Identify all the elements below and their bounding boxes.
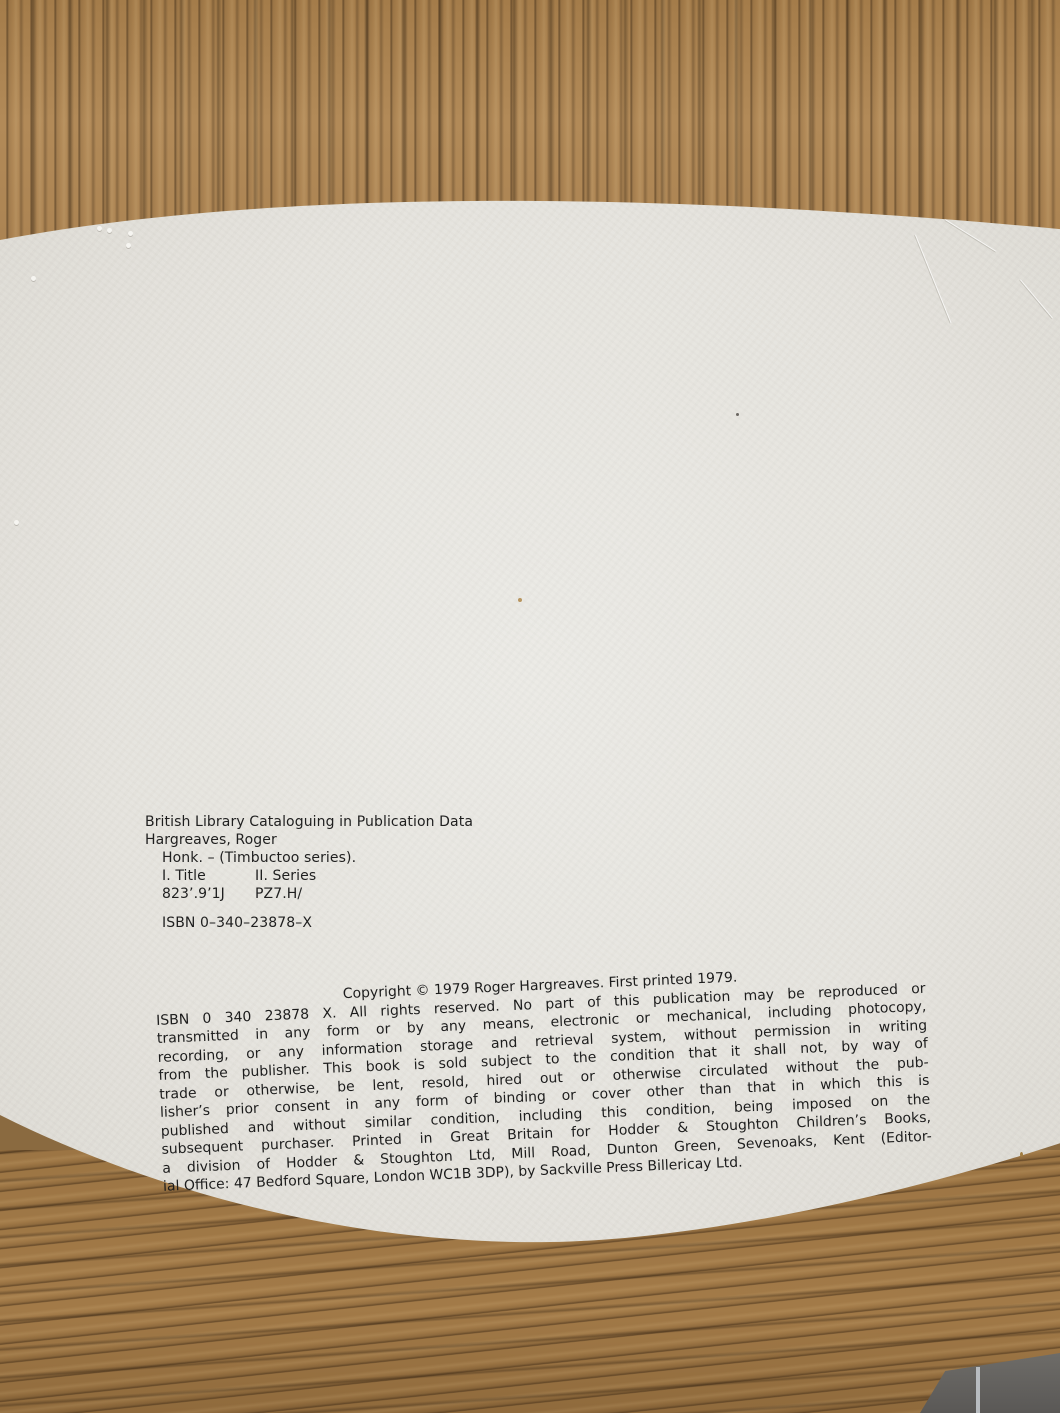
- paper-bump: [14, 520, 19, 525]
- paper-bump: [107, 228, 112, 233]
- cip-author: Hargreaves, Roger: [145, 831, 473, 849]
- paper-speck: [736, 413, 739, 416]
- cip-title-entry: Honk. – (Timbuctoo series).: [145, 849, 473, 867]
- copyright-block: Copyright © 1979 Roger Hargreaves. First…: [155, 961, 933, 1197]
- cip-isbn: ISBN 0–340–23878–X: [145, 914, 473, 932]
- cip-tracings: I. Title II. Series: [145, 867, 473, 885]
- cip-data-block: British Library Cataloguing in Publicati…: [145, 813, 473, 932]
- paper-speck: [518, 598, 522, 602]
- paper-speck: [1020, 1152, 1023, 1157]
- cip-tracing-title: I. Title: [162, 867, 255, 885]
- cip-classification: 823’.9’1J PZ7.H/: [145, 885, 473, 903]
- paper-bump: [31, 276, 36, 281]
- cip-lc: PZ7.H/: [255, 885, 302, 903]
- paper-bump: [128, 231, 133, 236]
- cip-tracing-series: II. Series: [255, 867, 316, 885]
- paper-bump: [126, 243, 131, 248]
- cip-dewey: 823’.9’1J: [162, 885, 255, 903]
- paper-bump: [97, 226, 102, 231]
- cip-heading: British Library Cataloguing in Publicati…: [145, 813, 473, 831]
